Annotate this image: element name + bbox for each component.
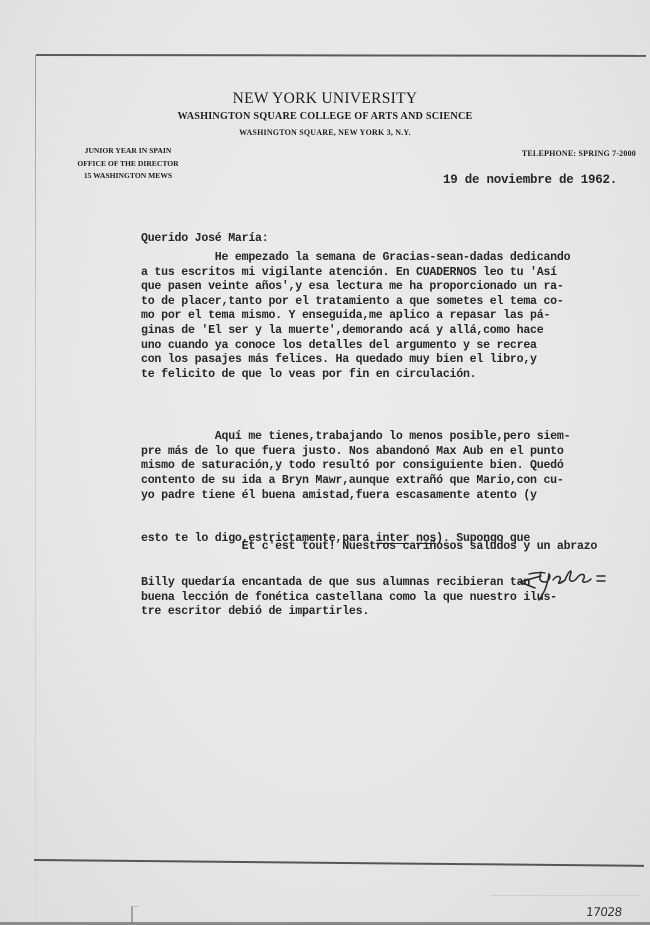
typed-line: to de placer,tanto por el tratamiento a … xyxy=(141,295,570,310)
telephone: TELEPHONE: SPRING 7-2000 xyxy=(522,149,636,158)
typed-line: mismo de saturación,y todo resultó por c… xyxy=(141,459,570,474)
archive-number: 17028 xyxy=(585,905,622,919)
letter-page: NEW YORK UNIVERSITY WASHINGTON SQUARE CO… xyxy=(0,0,650,925)
typed-line: contento de su ida a Bryn Mawr,aunque ex… xyxy=(141,474,570,489)
typed-line: que pasen veinte años',y esa lectura me … xyxy=(141,280,570,295)
handwritten-signature: Ayala xyxy=(515,564,615,604)
office-line: 15 WASHINGTON MEWS xyxy=(62,170,194,183)
typed-line: con los pasajes más felices. Ha quedado … xyxy=(141,353,570,368)
typed-line: yo padre tiene él buena amistad,fuera es… xyxy=(141,489,570,504)
salutation: Querido José María: xyxy=(141,232,268,245)
letterhead-address: WASHINGTON SQUARE, NEW YORK 3, N.Y. xyxy=(0,128,650,137)
office-block: JUNIOR YEAR IN SPAIN OFFICE OF THE DIREC… xyxy=(62,145,194,183)
office-line: OFFICE OF THE DIRECTOR xyxy=(62,158,194,171)
typed-line: a tus escritos mi vigilante atención. En… xyxy=(141,266,570,281)
typed-line: Aquí me tienes,trabajando lo menos posib… xyxy=(141,430,570,445)
typed-line: tre escritor debió de impartirles. xyxy=(141,605,570,620)
faint-rule xyxy=(490,895,640,896)
letterhead-institution: NEW YORK UNIVERSITY xyxy=(0,90,650,108)
top-edge-rule xyxy=(36,54,646,56)
paragraph-2: Aquí me tienes,trabajando lo menos posib… xyxy=(141,401,570,649)
typed-line: Billy quedaría encantada de que sus alum… xyxy=(141,576,570,591)
letterhead-college: WASHINGTON SQUARE COLLEGE OF ARTS AND SC… xyxy=(0,111,650,122)
typed-line: He empezado la semana de Gracias-sean-da… xyxy=(141,251,570,266)
typed-line: uno cuando ya conoce los detalles del ar… xyxy=(141,339,570,354)
paragraph-1: He empezado la semana de Gracias-sean-da… xyxy=(141,251,570,382)
typed-line: ginas de 'El ser y la muerte',demorando … xyxy=(141,324,570,339)
bottom-edge-rule xyxy=(34,859,644,866)
letter-date: 19 de noviembre de 1962. xyxy=(443,173,617,187)
typed-line: buena lección de fonética castellana com… xyxy=(141,591,570,606)
closing-line: Et c'est tout! Nuestros cariñosos saludo… xyxy=(141,540,597,553)
typed-line: te felicito de que lo veas por fin en ci… xyxy=(141,368,570,383)
typed-line: pre más de lo que fuera justo. Nos aband… xyxy=(141,445,570,460)
office-line: JUNIOR YEAR IN SPAIN xyxy=(62,145,194,158)
left-edge-shadow xyxy=(35,55,36,925)
typed-line: mo por el tema mismo. Y enseguida,me apl… xyxy=(141,309,570,324)
